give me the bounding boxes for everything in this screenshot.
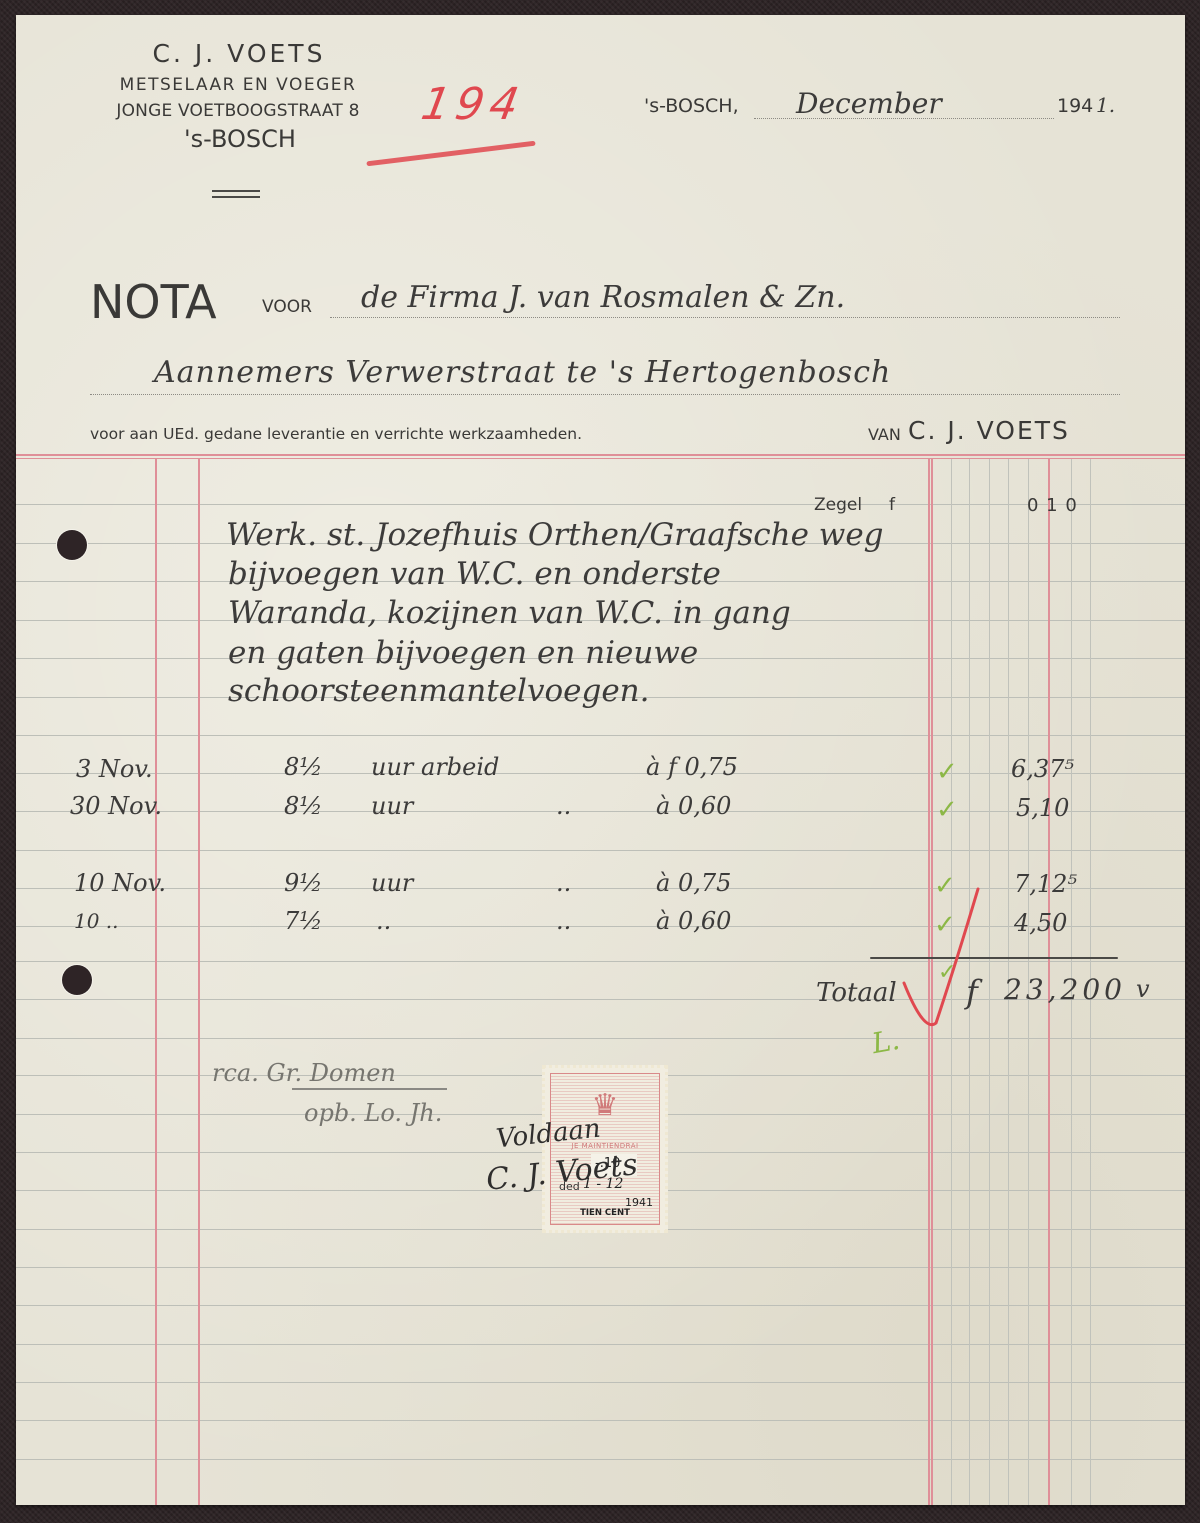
item-date: 10 Nov. — [74, 869, 166, 897]
recipient-dotted-line-1 — [330, 317, 1120, 318]
revenue-stamp: ♛ JE MAINTIENDRAI -.10 ded 1 - 12 1941 T… — [542, 1065, 668, 1233]
double-rule-top — [212, 190, 260, 192]
company-name: C. J. VOETS — [124, 39, 354, 68]
green-check-icon: ✓ — [936, 795, 958, 825]
item-hours: 8½ — [284, 753, 323, 781]
company-address: JONGE VOETBOOGSTRAAT 8 — [88, 101, 388, 121]
item-amount: 7,12⁵ — [1014, 870, 1077, 898]
red-rule-top-2 — [16, 458, 1185, 459]
stamp-denomination: TIEN CENT — [551, 1208, 659, 1218]
item-unit: uur — [371, 792, 413, 820]
double-rule-bottom — [212, 196, 260, 198]
green-check-icon: ✓ — [936, 757, 958, 787]
description-line: Waranda, kozijnen van W.C. in gang — [228, 595, 791, 631]
item-unit: uur — [371, 869, 413, 897]
punch-hole-bottom — [62, 965, 92, 995]
description-line: schoorsteenmantelvoegen. — [228, 673, 650, 709]
green-initial: L. — [869, 1023, 902, 1060]
item-rate: à f 0,75 — [646, 753, 738, 781]
company-city: 's-BOSCH — [170, 125, 310, 153]
item-ditto: .. — [556, 869, 571, 897]
description-line: en gaten bijvoegen en nieuwe — [228, 635, 698, 671]
item-rate: à 0,60 — [656, 792, 731, 820]
recipient-dotted-line-2 — [90, 394, 1120, 395]
item-ditto: .. — [556, 907, 571, 935]
item-rate: à 0,60 — [656, 907, 731, 935]
date-year-printed: 194 — [1057, 95, 1093, 117]
item-amount: 6,37⁵ — [1011, 755, 1074, 783]
date-month-handwritten: December — [796, 87, 942, 120]
item-unit: .. — [376, 907, 391, 935]
recipient-line-1: de Firma J. van Rosmalen & Zn. — [361, 280, 845, 315]
pencil-note-line2: opb. Lo. Jh. — [304, 1099, 442, 1127]
total-label: Totaal — [816, 978, 897, 1008]
invoice-document: C. J. VOETS METSELAAR EN VOEGER JONGE VO… — [16, 15, 1185, 1505]
pencil-underline — [292, 1088, 447, 1090]
van-name: C. J. VOETS — [908, 416, 1070, 445]
recipient-line-2: Aannemers Verwerstraat te 's Hertogenbos… — [154, 355, 891, 390]
item-date: 10 .. — [74, 909, 119, 933]
nota-title: NOTA — [90, 275, 217, 329]
zegel-currency: f — [889, 495, 895, 515]
item-hours: 8½ — [284, 792, 323, 820]
red-underline — [366, 141, 535, 167]
green-check-icon: ✓ — [938, 960, 956, 985]
date-year-handwritten: 1. — [1096, 93, 1115, 117]
item-date: 3 Nov. — [76, 755, 153, 783]
zegel-label: Zegel — [814, 495, 862, 515]
description-line: Werk. st. Jozefhuis Orthen/Graafsche weg — [226, 517, 884, 553]
description-line: bijvoegen van W.C. en onderste — [228, 556, 721, 592]
item-hours: 9½ — [284, 869, 323, 897]
nota-subtitle: voor aan UEd. gedane leverantie en verri… — [90, 425, 582, 443]
date-place: 's-BOSCH, — [644, 95, 739, 117]
item-ditto: .. — [556, 792, 571, 820]
red-rule-top-1 — [16, 454, 1185, 456]
item-rate: à 0,75 — [656, 869, 731, 897]
nota-voor-label: VOOR — [262, 297, 312, 317]
company-trade: METSELAAR EN VOEGER — [88, 75, 388, 95]
item-date: 30 Nov. — [70, 792, 162, 820]
zegel-amount: 0 1 0 — [1027, 495, 1078, 516]
van-label: VAN — [868, 425, 901, 444]
item-amount: 5,10 — [1016, 794, 1069, 822]
item-hours: 7½ — [284, 907, 323, 935]
total-amount: 23,200 — [1004, 973, 1126, 1006]
item-unit: uur arbeid — [371, 753, 499, 781]
total-check-mark: v — [1136, 975, 1150, 1003]
red-check-icon — [896, 883, 986, 1033]
punch-hole-top — [57, 530, 87, 560]
red-annotation-number: 194 — [418, 79, 529, 130]
pencil-note-line1: rca. Gr. Domen — [212, 1059, 396, 1087]
item-amount: 4,50 — [1014, 909, 1067, 937]
